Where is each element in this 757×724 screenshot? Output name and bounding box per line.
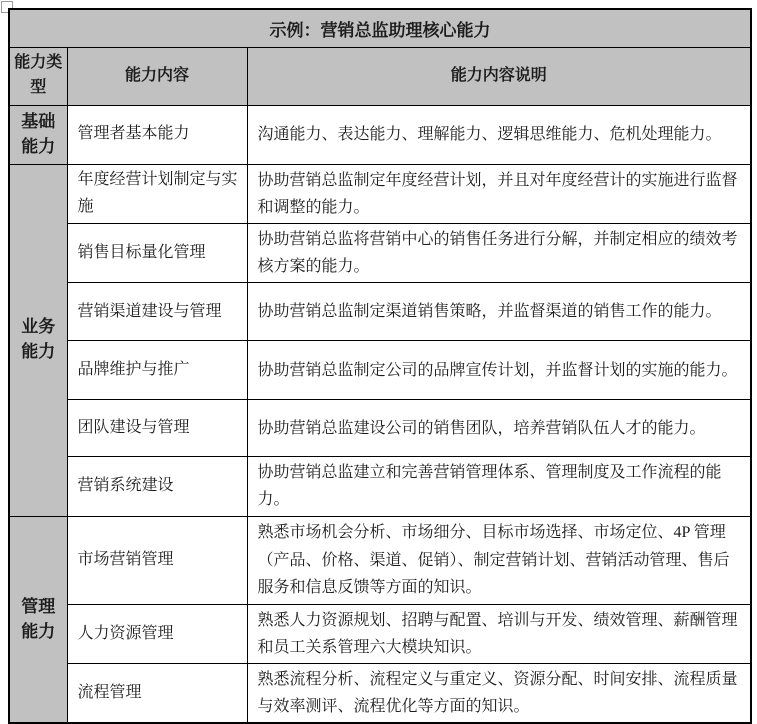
ability-content-cell: 营销系统建设	[67, 457, 247, 516]
ability-desc-cell: 沟通能力、表达能力、理解能力、逻辑思维能力、危机处理能力。	[247, 105, 751, 164]
ability-content-cell: 管理者基本能力	[67, 105, 247, 164]
ability-content-cell: 人力资源管理	[67, 604, 247, 663]
table-row: 管理能力 市场营销管理 熟悉市场机会分析、市场细分、目标市场选择、市场定位、4P…	[9, 516, 751, 604]
table-row: 销售目标量化管理 协助营销总监将营销中心的销售任务进行分解，并制定相应的绩效考核…	[9, 223, 751, 282]
ability-desc-cell: 协助营销总监制定渠道销售策略，并监督渠道的销售工作的能力。	[247, 283, 751, 341]
competency-table: 示例：营销总监助理核心能力 能力类型 能力内容 能力内容说明 基础能力 管理者基…	[8, 8, 752, 724]
ability-content-cell: 流程管理	[67, 664, 247, 724]
table-row: 营销渠道建设与管理 协助营销总监制定渠道销售策略，并监督渠道的销售工作的能力。	[9, 283, 751, 341]
ability-content-cell: 销售目标量化管理	[67, 223, 247, 282]
ability-desc-cell: 熟悉市场机会分析、市场细分、目标市场选择、市场定位、4P 管理（产品、价格、渠道…	[247, 516, 751, 604]
header-row: 能力类型 能力内容 能力内容说明	[9, 47, 751, 105]
table-row: 业务能力 年度经营计划制定与实施 协助营销总监制定年度经营计划，并且对年度经营计…	[9, 164, 751, 223]
table-row: 团队建设与管理 协助营销总监建设公司的销售团队，培养营销队伍人才的能力。	[9, 400, 751, 457]
ability-desc-cell: 熟悉人力资源规划、招聘与配置、培训与开发、绩效管理、薪酬管理和员工关系管理六大模…	[247, 604, 751, 663]
table-row: 人力资源管理 熟悉人力资源规划、招聘与配置、培训与开发、绩效管理、薪酬管理和员工…	[9, 604, 751, 663]
ability-content-cell: 品牌维护与推广	[67, 341, 247, 400]
ability-content-cell: 团队建设与管理	[67, 400, 247, 457]
ability-content-cell: 年度经营计划制定与实施	[67, 164, 247, 223]
col-header-ability-content: 能力内容	[67, 47, 247, 105]
table-row: 品牌维护与推广 协助营销总监制定公司的品牌宣传计划，并监督计划的实施的能力。	[9, 341, 751, 400]
ability-content-cell: 市场营销管理	[67, 516, 247, 604]
title-row: 示例：营销总监助理核心能力	[9, 9, 751, 47]
ability-desc-cell: 协助营销总监建立和完善营销管理体系、管理制度及工作流程的能力。	[247, 457, 751, 516]
ability-desc-cell: 协助营销总监建设公司的销售团队，培养营销队伍人才的能力。	[247, 400, 751, 457]
ability-desc-cell: 协助营销总监制定年度经营计划，并且对年度经营计的实施进行监督和调整的能力。	[247, 164, 751, 223]
ability-desc-cell: 熟悉流程分析、流程定义与重定义、资源分配、时间安排、流程质量与效率测评、流程优化…	[247, 664, 751, 724]
group-label-management: 管理能力	[9, 516, 67, 723]
document-page: 示例：营销总监助理核心能力 能力类型 能力内容 能力内容说明 基础能力 管理者基…	[0, 0, 757, 720]
col-header-ability-type: 能力类型	[9, 47, 67, 105]
ability-desc-cell: 协助营销总监制定公司的品牌宣传计划，并监督计划的实施的能力。	[247, 341, 751, 400]
table-row: 营销系统建设 协助营销总监建立和完善营销管理体系、管理制度及工作流程的能力。	[9, 457, 751, 516]
group-label-business: 业务能力	[9, 164, 67, 516]
group-label-basic: 基础能力	[9, 105, 67, 164]
ability-content-cell: 营销渠道建设与管理	[67, 283, 247, 341]
ability-desc-cell: 协助营销总监将营销中心的销售任务进行分解，并制定相应的绩效考核方案的能力。	[247, 223, 751, 282]
table-row: 流程管理 熟悉流程分析、流程定义与重定义、资源分配、时间安排、流程质量与效率测评…	[9, 664, 751, 724]
col-header-ability-desc: 能力内容说明	[247, 47, 751, 105]
table-title: 示例：营销总监助理核心能力	[9, 9, 751, 47]
table-row: 基础能力 管理者基本能力 沟通能力、表达能力、理解能力、逻辑思维能力、危机处理能…	[9, 105, 751, 164]
